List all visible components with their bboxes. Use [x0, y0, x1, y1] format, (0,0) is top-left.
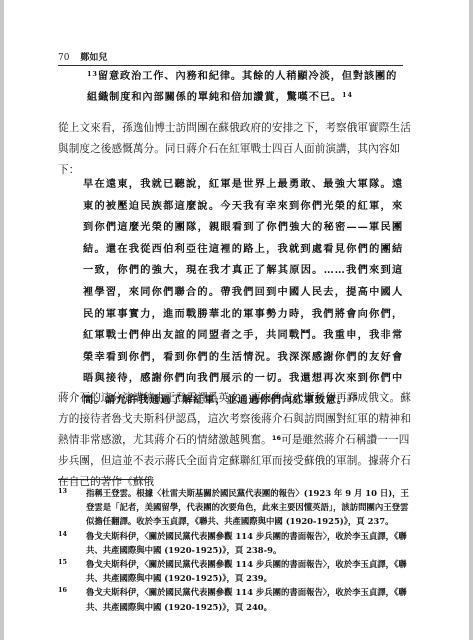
footnote-ref[interactable]: 14	[342, 91, 353, 99]
book-page: 70 鄭如兒 13留意政治工作、內務和紀律。其餘的人稍顯冷淡，但對該團的組織制度…	[4, 0, 469, 640]
footnote-number: 16	[58, 583, 67, 597]
author-name: 鄭如兒	[80, 53, 107, 63]
footnote-number: 13	[58, 484, 67, 498]
running-header: 70 鄭如兒	[58, 50, 403, 66]
footnote-text: 魯戈夫斯科伊，〈關於國民黨代表團參觀 114 步兵團的書面報告〉，收於李玉貞譯，…	[86, 531, 407, 555]
footnote-divider	[58, 479, 150, 480]
block-quote-continued: 13留意政治工作、內務和紀律。其餘的人稍顯冷淡，但對該團的組織制度和內部關係的單…	[87, 66, 403, 108]
footnotes-section: 13 指稱王登雲。根據〈杜雷夫斯基關於國民黨代表團的報告〉(1923 年 9 月…	[58, 486, 414, 614]
footnote-number: 15	[58, 555, 67, 569]
body-paragraph: 蔣介石的這分演講稿由王登雲譯爲英文，再由魯戈夫斯科伊再譯成俄文。蘇方的接待者魯戈…	[58, 388, 414, 493]
quote-text: 早在遠東，我就已聽說，紅軍是世界上最勇敢、最強大軍隊。遠東的被壓迫民族都這麼說。…	[83, 178, 403, 406]
footnote: 15 魯戈夫斯科伊，〈關於國民黨代表團參觀 114 步兵團的書面報告〉，收於李玉…	[58, 557, 414, 585]
footnote: 14 魯戈夫斯科伊，〈關於國民黨代表團參觀 114 步兵團的書面報告〉，收於李玉…	[58, 529, 414, 557]
body-paragraph: 從上文來看，孫逸仙博士訪問團在蘇俄政府的安排之下，考察俄軍實際生活與制度之後感慨…	[58, 118, 414, 181]
footnote: 16 魯戈夫斯科伊，〈關於國民黨代表團參觀 114 步兵團的書面報告〉，收於李玉…	[58, 585, 414, 613]
block-quote-speech: 早在遠東，我就已聽說，紅軍是世界上最勇敢、最強大軍隊。遠東的被壓迫民族都這麼說。…	[83, 174, 403, 412]
footnote-number: 14	[58, 527, 67, 541]
footnote-ref[interactable]: 13	[87, 70, 98, 78]
footnote-ref[interactable]: 16	[272, 434, 281, 442]
footnote: 13 指稱王登雲。根據〈杜雷夫斯基關於國民黨代表團的報告〉(1923 年 9 月…	[58, 486, 414, 529]
footnote-text: 魯戈夫斯科伊，〈關於國民黨代表團參觀 114 步兵團的書面報告〉，收於李玉貞譯，…	[86, 587, 407, 611]
footnote-text: 指稱王登雲。根據〈杜雷夫斯基關於國民黨代表團的報告〉(1923 年 9 月 10…	[86, 488, 409, 526]
footnote-text: 魯戈夫斯科伊，〈關於國民黨代表團參觀 114 步兵團的書面報告〉，收於李玉貞譯，…	[86, 559, 407, 583]
page-number: 70	[58, 53, 69, 63]
